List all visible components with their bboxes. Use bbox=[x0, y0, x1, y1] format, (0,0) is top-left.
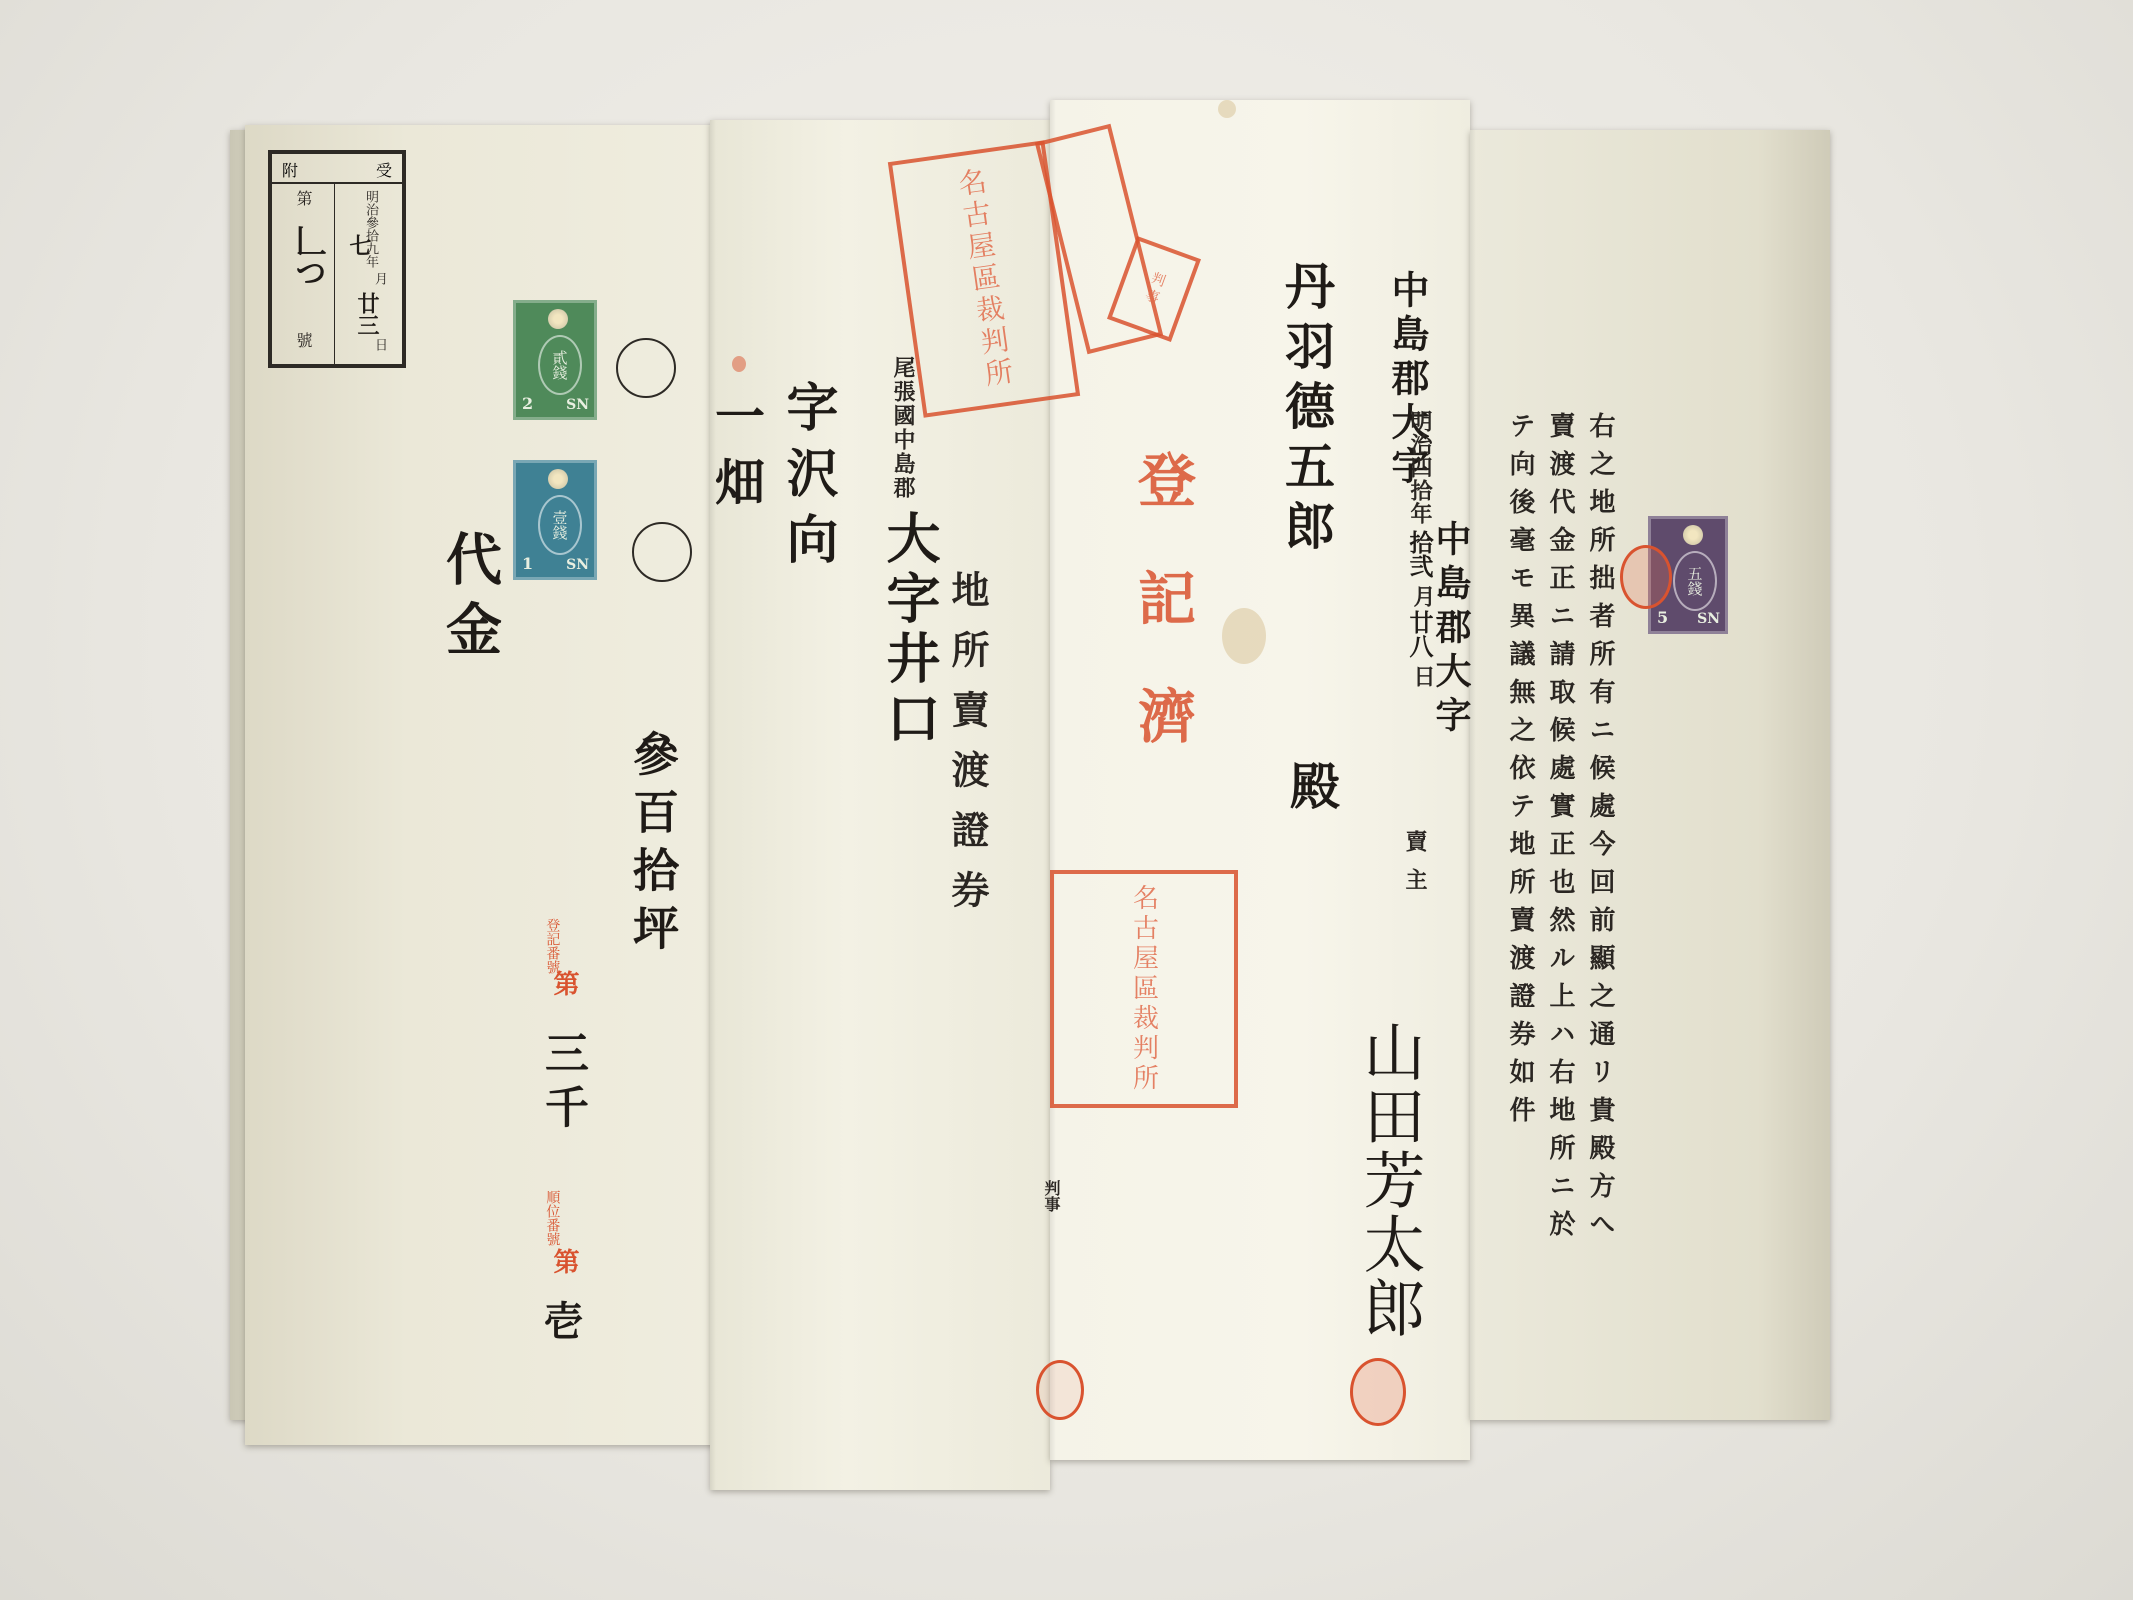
order-number-label: 順位番號 bbox=[544, 1190, 559, 1246]
recipient-honorific: 殿 bbox=[1275, 760, 1347, 810]
chrysanthemum-icon bbox=[548, 469, 568, 489]
seller-seal-on-stamp bbox=[1620, 545, 1672, 609]
receipt-day-label: 日 bbox=[370, 338, 389, 351]
stamp-denomination: 貳錢 bbox=[538, 335, 582, 395]
chrysanthemum-icon bbox=[548, 309, 568, 329]
registrar-round-seal bbox=[1036, 1360, 1084, 1420]
red-dot bbox=[732, 356, 746, 372]
handwritten-lot: 一畑 bbox=[700, 390, 772, 522]
order-number-handwritten: 壱 bbox=[532, 1300, 589, 1340]
location-header: 尾張國中島郡 bbox=[888, 356, 919, 500]
handwritten-village: 大字井口 bbox=[872, 510, 949, 750]
handwritten-price: 代金 bbox=[430, 530, 510, 670]
stamp-denomination: 五錢 bbox=[1673, 551, 1717, 611]
revenue-stamp-2sen: 貳錢 2 SN bbox=[513, 300, 597, 420]
receipt-month-handwritten: 七 bbox=[344, 234, 375, 256]
stamp-unit: SN bbox=[566, 557, 589, 573]
receipt-number-handwritten: 𠃊つ bbox=[286, 224, 332, 288]
stamp-value: 5 bbox=[1657, 608, 1668, 627]
stamp-value: 1 bbox=[522, 554, 533, 573]
stamp-denomination: 壹錢 bbox=[538, 495, 582, 555]
receipt-month-label: 月 bbox=[370, 272, 389, 285]
registrar-square-seal: 名古屋區裁判所 bbox=[1050, 870, 1238, 1108]
revenue-stamp-1sen: 壹錢 1 SN bbox=[513, 460, 597, 580]
receipt-label-right: 受 bbox=[376, 158, 392, 181]
cancellation-mark bbox=[616, 338, 676, 398]
date-day-handwritten: 廿八 bbox=[1402, 610, 1437, 658]
date-month-handwritten: 拾弐 bbox=[1402, 530, 1437, 578]
chrysanthemum-icon bbox=[1683, 525, 1703, 545]
registrar-official-name: 判事 bbox=[1040, 1180, 1063, 1212]
handwritten-area: 參百拾坪 bbox=[620, 730, 686, 962]
receipt-divider bbox=[334, 184, 335, 364]
water-stain bbox=[1218, 100, 1236, 118]
stamp-unit: SN bbox=[1697, 611, 1720, 627]
registration-completed-stamp: 登記濟 bbox=[1120, 450, 1204, 804]
recipient-name: 丹羽德五郎 bbox=[1270, 260, 1342, 560]
seller-round-seal bbox=[1350, 1358, 1406, 1426]
registration-number-label: 登記番號 bbox=[544, 918, 559, 974]
handwritten-field-name: 字沢向 bbox=[770, 380, 845, 578]
stamp-unit: SN bbox=[566, 397, 589, 413]
receipt-box: 附 受 第 𠃊つ 號 明治參拾九年 七 月 廿三 日 bbox=[268, 150, 406, 368]
registration-number-prefix: 第 bbox=[546, 970, 583, 996]
receipt-date-era: 明治參拾九年 bbox=[364, 190, 377, 268]
date-month-label: 月 bbox=[1408, 585, 1439, 607]
date-day-label: 日 bbox=[1408, 665, 1439, 687]
cancellation-mark bbox=[632, 522, 692, 582]
body-text-column-2: 賣渡代金正ニ請取候處實正也然ル上ハ右地所ニ於 bbox=[1542, 412, 1579, 1248]
seller-label: 賣主 bbox=[1400, 830, 1431, 906]
seller-name: 山田芳太郎 bbox=[1345, 1020, 1434, 1340]
receipt-number-suffix: 號 bbox=[292, 332, 315, 348]
date-era: 明治四拾年 bbox=[1405, 410, 1436, 525]
receipt-label-left: 附 bbox=[282, 158, 298, 181]
order-number-prefix: 第 bbox=[546, 1248, 583, 1274]
registration-number-handwritten: 三千 bbox=[530, 1030, 594, 1138]
body-text-column-1: 右之地所拙者所有ニ候處今回前顯之通リ貴殿方へ bbox=[1582, 412, 1619, 1248]
receipt-day-handwritten: 廿三 bbox=[352, 292, 383, 336]
receipt-number-label: 第 bbox=[292, 190, 315, 206]
body-text-column-3: テ向後毫モ異議無之依テ地所賣渡證券如件 bbox=[1502, 412, 1539, 1134]
water-stain bbox=[1222, 608, 1266, 664]
stamp-value: 2 bbox=[522, 394, 533, 413]
